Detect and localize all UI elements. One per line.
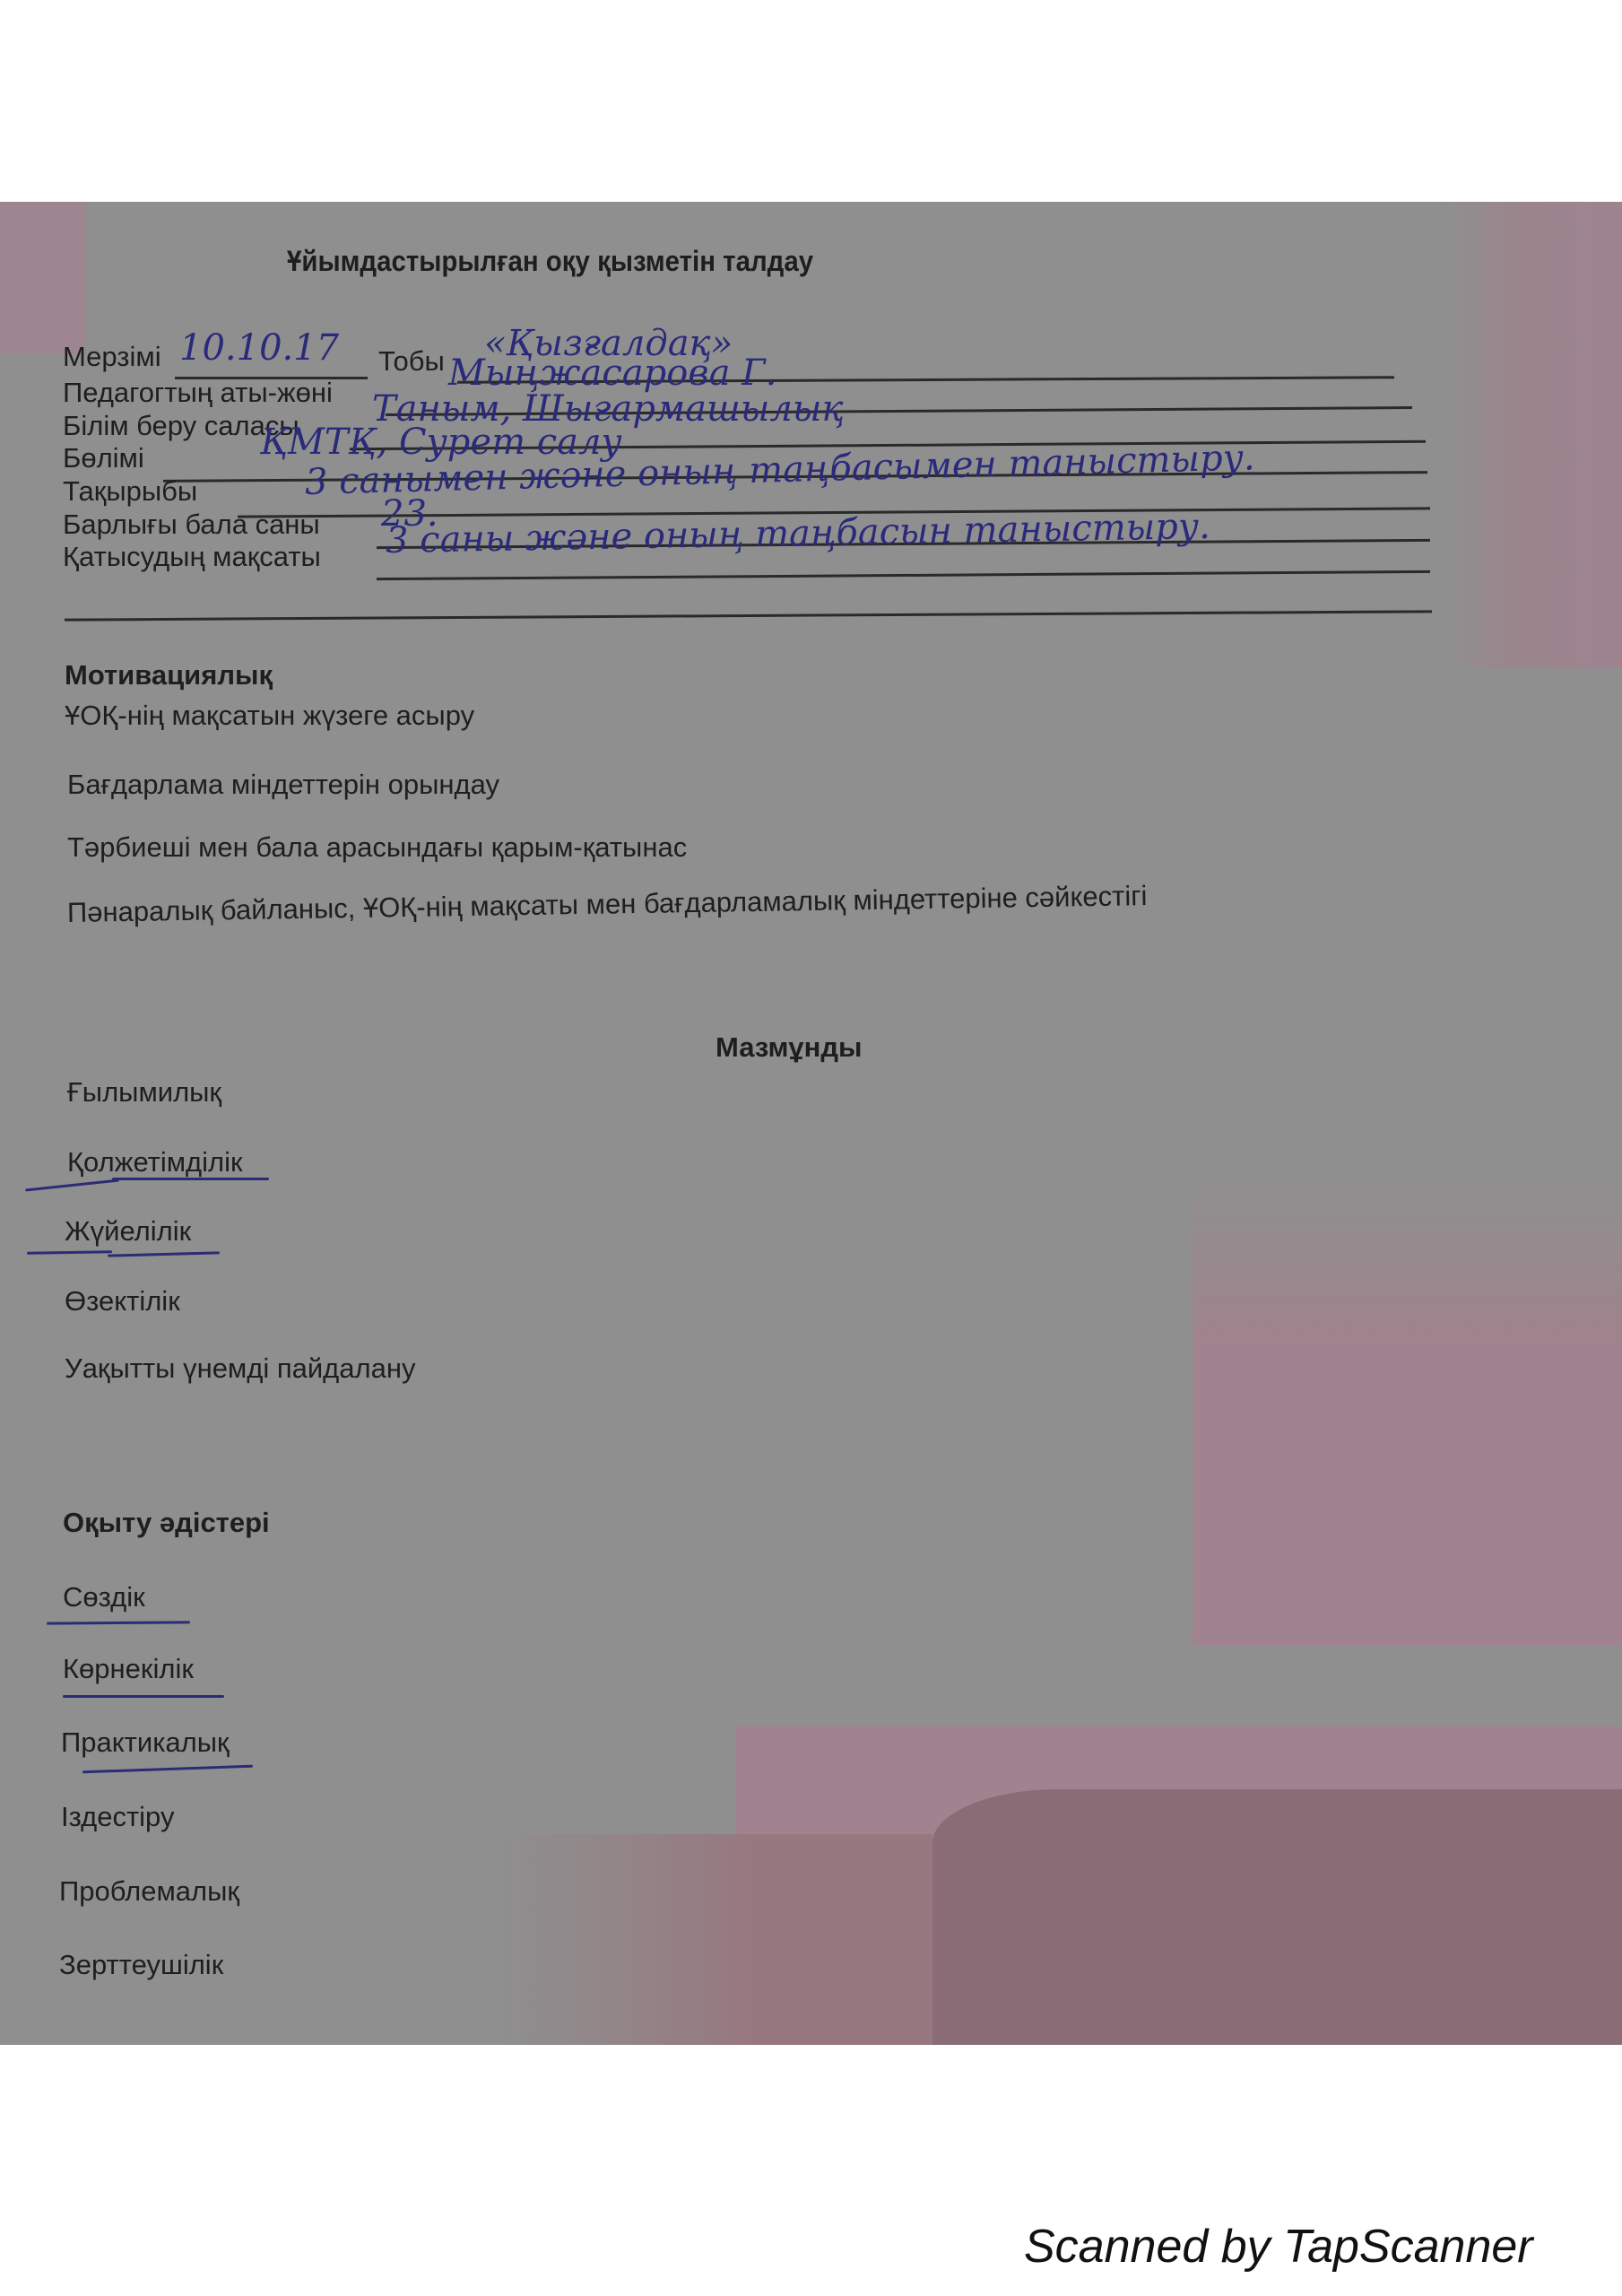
list-item: Жүйелілік (65, 1215, 191, 1248)
list-item: Іздестіру (61, 1801, 174, 1833)
field-label-section: Бөлімі (63, 442, 144, 474)
document-title: Ұйымдастырылған оқу қызметін талдау (287, 245, 813, 278)
stain (932, 1789, 1622, 2045)
stain (502, 1834, 932, 2045)
field-label-teacher: Педагогтың аты-жөні (63, 377, 333, 409)
handwritten-underline (27, 1250, 112, 1255)
scanner-watermark: Scanned by TapScanner (1024, 2220, 1533, 2274)
list-item: Тәрбиеші мен бала арасындағы қарым-қатын… (67, 831, 687, 864)
list-item: Уақытты үнемді пайдалану (65, 1352, 415, 1385)
list-item: Қолжетімділік (67, 1146, 243, 1178)
scanned-page: Ұйымдастырылған оқу қызметін талдау Мерз… (0, 202, 1622, 2045)
list-item: Проблемалық (59, 1875, 239, 1908)
list-item: Ғылымилық (67, 1076, 221, 1109)
section-heading-content: Мазмұнды (716, 1031, 863, 1064)
section-heading-methods: Оқыту әдістері (63, 1507, 270, 1539)
list-item: ҰОҚ-нің мақсатын жүзеге асыру (65, 700, 474, 732)
handwritten-underline (108, 1251, 220, 1257)
blank-line (65, 610, 1432, 621)
stain (1193, 1179, 1622, 1646)
handwritten-underline (25, 1179, 119, 1192)
stain (0, 202, 85, 354)
section-heading-motivational: Мотивациялық (65, 659, 273, 691)
handwritten-underline (63, 1695, 224, 1698)
list-item: Пәнаралық байланыс, ҰОҚ-нің мақсаты мен … (67, 880, 1148, 929)
field-label-date: Мерзімі (63, 341, 161, 373)
field-label-topic: Тақырыбы (63, 475, 197, 508)
list-item: Сөздік (63, 1581, 145, 1613)
field-label-group: Тобы (378, 345, 445, 378)
field-label-purpose: Қатысудың мақсаты (63, 541, 321, 573)
list-item: Өзектілік (65, 1285, 180, 1318)
field-label-children: Барлығы бала саны (63, 509, 320, 541)
list-item: Бағдарлама міндеттерін орындау (67, 769, 499, 801)
list-item: Көрнекілік (63, 1653, 194, 1685)
list-item: Зерттеушілік (59, 1949, 223, 1981)
field-value-date: 10.10.17 (179, 327, 339, 369)
field-line (377, 570, 1430, 580)
stain (1444, 202, 1622, 668)
list-item: Практикалық (61, 1726, 230, 1759)
handwritten-underline (112, 1178, 269, 1180)
handwritten-underline (47, 1621, 190, 1624)
handwritten-underline (82, 1765, 253, 1774)
